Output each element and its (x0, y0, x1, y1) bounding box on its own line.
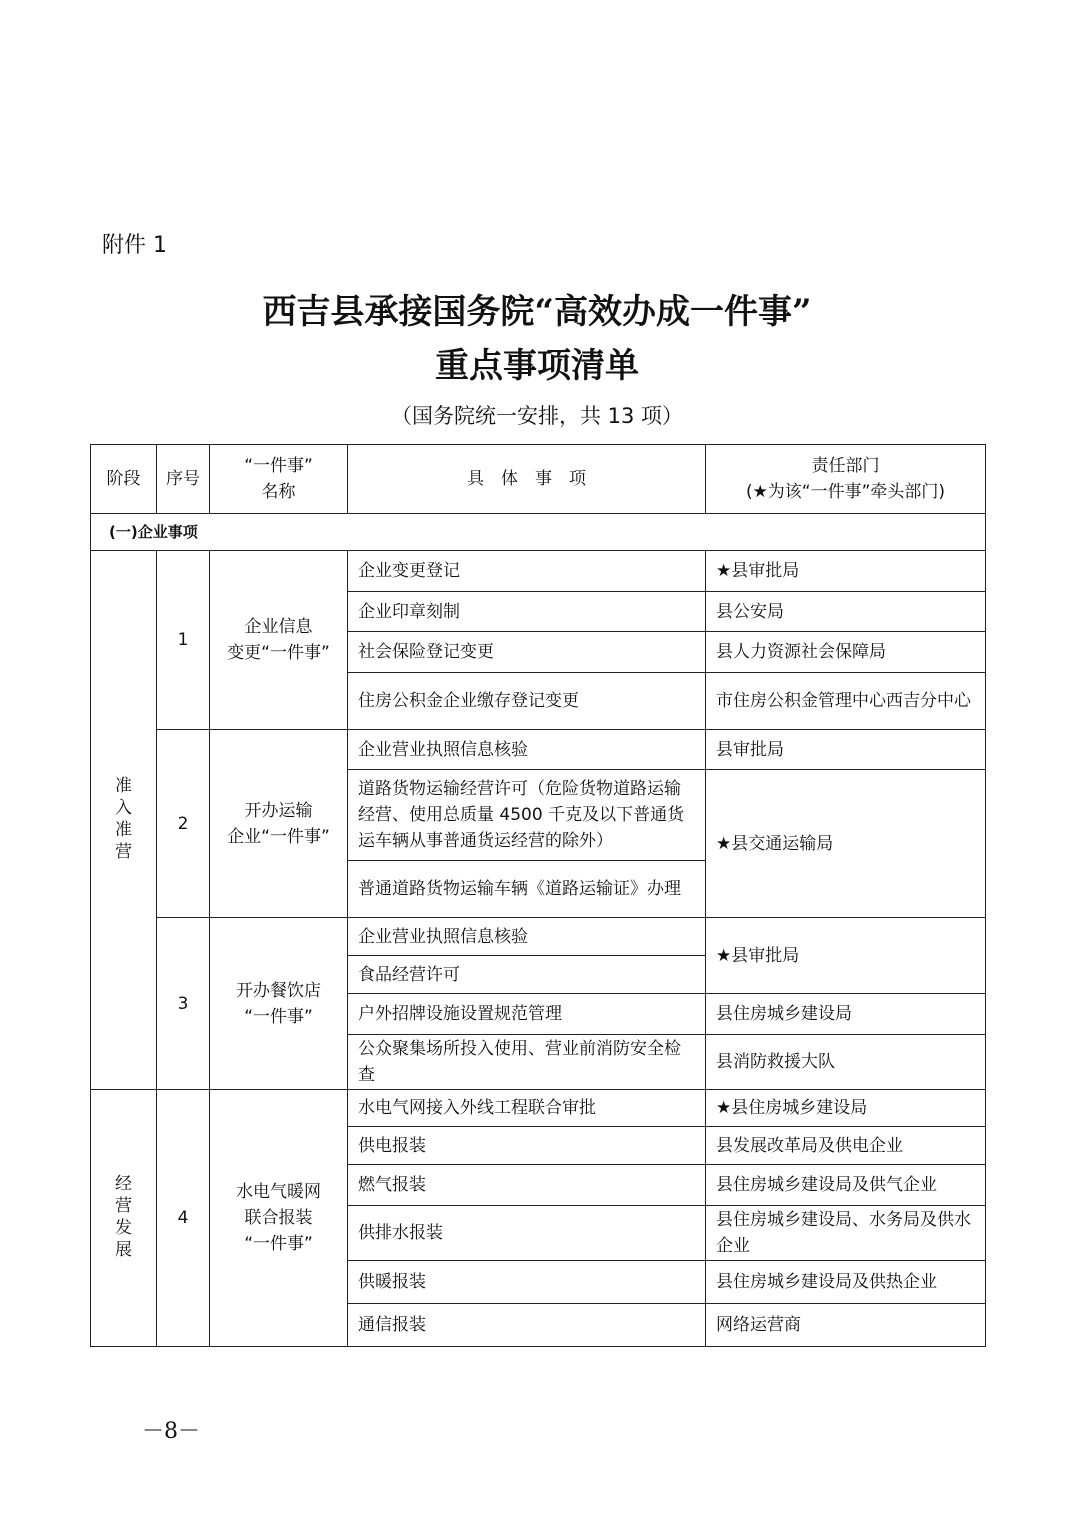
stage-cell: 准入准营 (91, 551, 157, 1090)
item-cell: 供电报装 (348, 1127, 706, 1165)
dept-cell: 县住房城乡建设局及供热企业 (706, 1261, 986, 1304)
header-items: 具 体 事 项 (348, 445, 706, 514)
item-cell: 供排水报装 (348, 1206, 706, 1261)
header-no: 序号 (157, 445, 210, 514)
matters-table: 阶段 序号 “一件事” 名称 具 体 事 项 责任部门 (★为该“一件事”牵头部… (90, 444, 986, 1347)
header-name: “一件事” 名称 (210, 445, 348, 514)
item-cell: 道路货物运输经营许可（危险货物道路运输经营、使用总质量 4500 千克及以下普通… (348, 770, 706, 861)
dept-cell: ★县审批局 (706, 918, 986, 994)
header-dept: 责任部门 (★为该“一件事”牵头部门) (706, 445, 986, 514)
header-name-line1: “一件事” (210, 453, 347, 479)
item-cell: 企业印章刻制 (348, 592, 706, 632)
document-title-line1: 西吉县承接国务院“高效办成一件事” (0, 284, 1074, 333)
group-no: 4 (157, 1090, 210, 1347)
group-name: 企业信息变更“一件事” (210, 551, 348, 730)
table-row: 经营发展 4 水电气暖网联合报装“一件事” 水电气网接入外线工程联合审批 ★县住… (91, 1090, 986, 1127)
item-cell: 企业营业执照信息核验 (348, 918, 706, 956)
group-no: 1 (157, 551, 210, 730)
stage-cell: 经营发展 (91, 1090, 157, 1347)
dept-cell: 县公安局 (706, 592, 986, 632)
document-subtitle: （国务院统一安排，共 13 项） (0, 400, 1074, 430)
item-cell: 燃气报装 (348, 1165, 706, 1206)
dept-cell: 县发展改革局及供电企业 (706, 1127, 986, 1165)
item-cell: 供暖报装 (348, 1261, 706, 1304)
item-cell: 通信报装 (348, 1304, 706, 1347)
dept-cell: 市住房公积金管理中心西吉分中心 (706, 673, 986, 730)
group-no: 2 (157, 730, 210, 918)
page-number: －8－ (142, 1414, 200, 1445)
dept-cell: 县人力资源社会保障局 (706, 632, 986, 673)
item-cell: 公众聚集场所投入使用、营业前消防安全检查 (348, 1035, 706, 1090)
item-cell: 住房公积金企业缴存登记变更 (348, 673, 706, 730)
dept-cell: 县住房城乡建设局 (706, 994, 986, 1035)
attachment-label: 附件 1 (102, 228, 167, 259)
document-title-line2: 重点事项清单 (0, 338, 1074, 387)
header-stage: 阶段 (91, 445, 157, 514)
dept-cell: 县住房城乡建设局、水务局及供水企业 (706, 1206, 986, 1261)
dept-cell: ★县审批局 (706, 551, 986, 592)
item-cell: 企业营业执照信息核验 (348, 730, 706, 770)
header-name-line2: 名称 (210, 479, 347, 505)
header-dept-line2: (★为该“一件事”牵头部门) (716, 479, 975, 505)
group-name: 开办餐饮店“一件事” (210, 918, 348, 1090)
section-title: (一)企业事项 (91, 514, 986, 551)
item-cell: 户外招牌设施设置规范管理 (348, 994, 706, 1035)
item-cell: 社会保险登记变更 (348, 632, 706, 673)
item-cell: 企业变更登记 (348, 551, 706, 592)
dept-cell: 网络运营商 (706, 1304, 986, 1347)
dept-cell: 县消防救援大队 (706, 1035, 986, 1090)
group-name: 水电气暖网联合报装“一件事” (210, 1090, 348, 1347)
section-row: (一)企业事项 (91, 514, 986, 551)
table-row: 准入准营 1 企业信息变更“一件事” 企业变更登记 ★县审批局 (91, 551, 986, 592)
dept-cell: 县住房城乡建设局及供气企业 (706, 1165, 986, 1206)
item-cell: 水电气网接入外线工程联合审批 (348, 1090, 706, 1127)
group-no: 3 (157, 918, 210, 1090)
group-name: 开办运输企业“一件事” (210, 730, 348, 918)
table-row: 2 开办运输企业“一件事” 企业营业执照信息核验 县审批局 (91, 730, 986, 770)
header-row: 阶段 序号 “一件事” 名称 具 体 事 项 责任部门 (★为该“一件事”牵头部… (91, 445, 986, 514)
item-cell: 普通道路货物运输车辆《道路运输证》办理 (348, 861, 706, 918)
header-dept-line1: 责任部门 (716, 453, 975, 479)
dept-cell: ★县住房城乡建设局 (706, 1090, 986, 1127)
table-row: 3 开办餐饮店“一件事” 企业营业执照信息核验 ★县审批局 (91, 918, 986, 956)
dept-cell: ★县交通运输局 (706, 770, 986, 918)
item-cell: 食品经营许可 (348, 956, 706, 994)
dept-cell: 县审批局 (706, 730, 986, 770)
